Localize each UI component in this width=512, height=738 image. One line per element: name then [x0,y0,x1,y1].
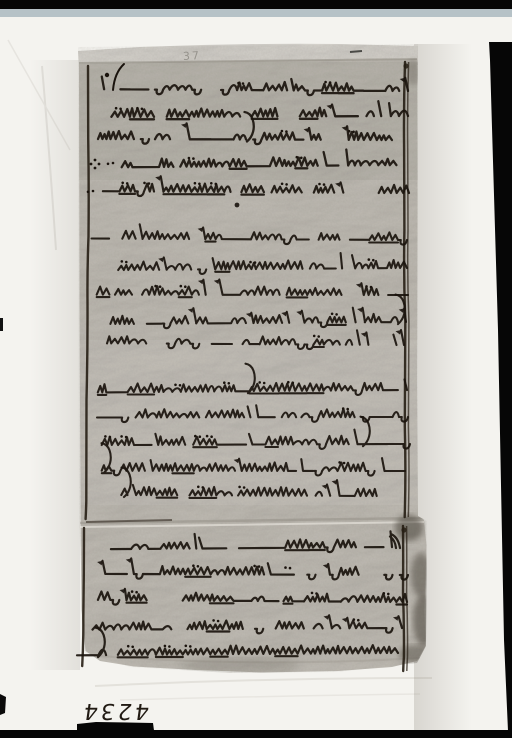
script-dot [263,382,266,385]
script-dot [237,82,240,85]
script-dot [287,381,290,384]
script-dot [343,462,346,465]
script-dot [192,157,195,160]
script-dot [323,183,326,186]
script-dot [115,107,118,110]
script-dot [383,592,386,595]
script-dot [197,486,200,489]
script-dot [210,435,213,438]
script-dot [125,261,128,264]
script-dot [335,313,338,316]
script-dot [228,382,231,385]
script-dot [179,384,182,387]
script-dot [121,260,124,263]
script-dot [372,259,375,262]
script-dot [313,335,316,338]
script-dot [198,183,201,186]
script-dot [300,157,303,160]
script-dot [135,591,138,594]
script-dot [159,285,162,288]
script-dot [357,619,360,622]
script-dot [192,564,195,567]
script-dot [119,108,122,111]
script-dot [121,182,124,185]
script-dot [284,566,287,569]
script-dot [238,486,241,489]
script-dot [315,592,318,595]
script-dot [199,435,202,438]
manuscript-photograph: 37 4234 [0,0,512,738]
film-band [0,9,512,17]
paragraph-end-mark [98,163,101,166]
film-notch-left-mid [0,318,3,331]
script-dot [387,593,390,596]
script-dot [185,645,188,648]
script-dot [342,407,345,410]
script-dot [184,285,187,288]
script-dot [188,157,191,160]
script-dot [243,486,246,489]
script-dot [242,82,245,85]
script-dot [202,486,205,489]
script-dot [112,162,115,165]
script-dot [131,590,134,593]
script-dot [125,436,128,439]
script-dot [223,381,226,384]
script-dot [289,567,292,570]
script-dot [338,461,341,464]
script-dot [217,620,220,623]
script-dot [141,108,144,111]
paragraph-end-mark [90,163,93,166]
script-dot [353,618,356,621]
photo-frame: 37 4234 [0,0,512,738]
script-dot [109,436,112,439]
script-dot [311,592,314,595]
script-dot [164,645,167,648]
script-dot [318,183,321,186]
script-dot [292,382,295,385]
script-dot [331,313,334,316]
script-dot [317,335,320,338]
script-dot [281,183,284,186]
script-dot [148,182,151,185]
ink-dot [235,203,240,208]
script-dot [120,435,123,438]
script-dot [136,107,139,110]
script-dot [253,565,256,568]
script-dot [329,81,332,84]
script-dot [143,182,146,185]
script-dot [174,384,177,387]
film-notch-bottom [77,722,155,738]
script-dot [197,565,200,568]
script-dot [127,645,130,648]
script-dot [189,645,192,648]
folio-number: 37 [183,49,202,63]
script-dot [249,261,252,264]
script-dot [126,182,129,185]
script-dot [285,130,288,133]
script-dot [296,156,299,159]
script-dot [346,408,349,411]
script-dot [212,619,215,622]
script-dot [180,285,183,288]
stain-blob [180,658,300,672]
page-cast-shadow-left [30,60,80,670]
script-dot [254,261,257,264]
script-dot [87,191,90,194]
script-dot [104,435,107,438]
script-dot [107,163,110,166]
script-dot [215,183,218,186]
script-dot [348,130,351,133]
film-edge-top [0,0,512,9]
script-dot [258,565,261,568]
script-dot [92,190,95,193]
script-dot [210,182,213,185]
script-dot [168,645,171,648]
script-dot [370,286,373,289]
script-dot [206,435,209,438]
top-dash-mark [350,51,362,52]
stain-blob [395,515,423,541]
script-dot [194,182,197,185]
inventory-number: 4234 [79,698,151,724]
ink-dot [105,73,109,77]
script-dot [324,81,327,84]
script-dot [258,381,261,384]
script-dot [281,130,284,133]
script-dot [365,285,368,288]
script-dot [194,435,197,438]
script-dot [368,258,371,261]
film-edge-bottom [0,730,512,738]
script-dot [131,646,134,649]
paragraph-end-mark [94,167,97,170]
script-dot [285,183,288,186]
script-dot [352,131,355,134]
script-dot [154,285,157,288]
paragraph-end-mark [94,159,97,162]
